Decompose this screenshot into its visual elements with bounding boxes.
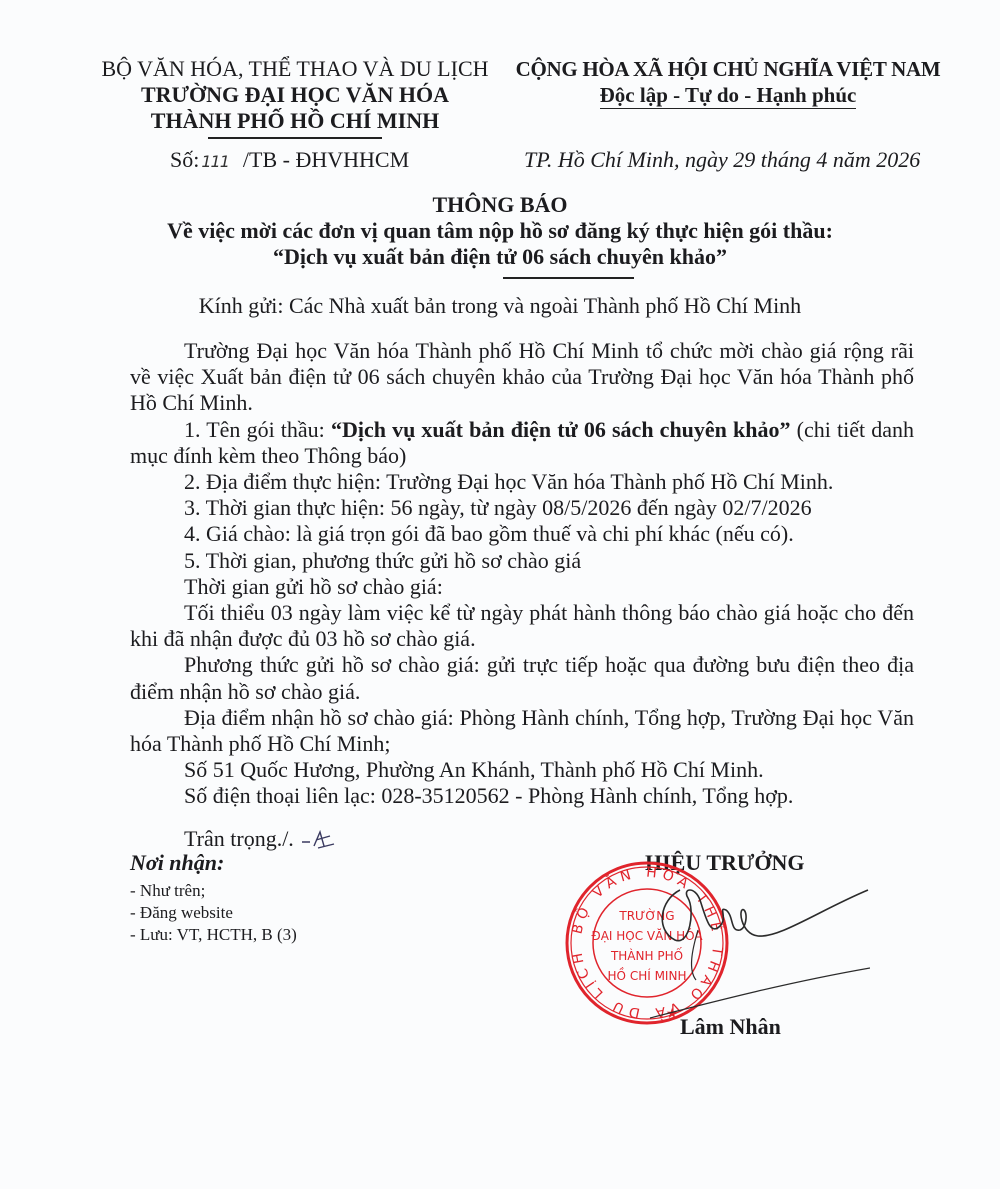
item-submission: 5. Thời gian, phương thức gửi hồ sơ chào…: [130, 548, 914, 574]
item-duration: 3. Thời gian thực hiện: 56 ngày, từ ngày…: [130, 495, 914, 521]
recipients-list: - Như trên; - Đăng website - Lưu: VT, HC…: [130, 880, 297, 946]
nation-name: CỘNG HÒA XÃ HỘI CHỦ NGHĨA VIỆT NAM: [498, 56, 958, 82]
notice-subtitle-line2: “Dịch vụ xuất bản điện tử 06 sách chuyên…: [0, 244, 1000, 270]
send-method: Phương thức gửi hồ sơ chào giá: gửi trực…: [130, 652, 914, 704]
national-motto: Độc lập - Tự do - Hạnh phúc: [600, 82, 857, 109]
send-time-label: Thời gian gửi hồ sơ chào giá:: [130, 574, 914, 600]
recipient-item: - Đăng website: [130, 902, 297, 924]
item-price: 4. Giá chào: là giá trọn gói đã bao gồm …: [130, 521, 914, 547]
doc-number-label: Số:: [170, 147, 199, 172]
notice-subtitle-line1: Về việc mời các đơn vị quan tâm nộp hồ s…: [0, 218, 1000, 244]
document-number: Số:111/TB - ĐHVHHCM: [170, 147, 409, 173]
university-name-line2: THÀNH PHỐ HỒ CHÍ MINH: [95, 108, 495, 134]
item1-prefix: 1. Tên gói thầu:: [184, 417, 331, 442]
intro-paragraph: Trường Đại học Văn hóa Thành phố Hồ Chí …: [130, 338, 914, 417]
issuing-authority: BỘ VĂN HÓA, THỂ THAO VÀ DU LỊCH TRƯỜNG Đ…: [95, 56, 495, 139]
receive-place: Địa điểm nhận hồ sơ chào giá: Phòng Hành…: [130, 705, 914, 757]
item-location: 2. Địa điểm thực hiện: Trường Đại học Vă…: [130, 469, 914, 495]
recipient-item: - Lưu: VT, HCTH, B (3): [130, 924, 297, 946]
university-name-line1: TRƯỜNG ĐẠI HỌC VĂN HÓA: [95, 82, 495, 108]
ministry-name: BỘ VĂN HÓA, THỂ THAO VÀ DU LỊCH: [95, 56, 495, 82]
send-time-text: Tối thiểu 03 ngày làm việc kể từ ngày ph…: [130, 600, 914, 652]
initials-mark: [300, 826, 340, 852]
doc-number-handwritten: 111: [201, 152, 229, 171]
address: Số 51 Quốc Hương, Phường An Khánh, Thành…: [130, 757, 914, 783]
closing: Trân trọng./.: [184, 826, 294, 852]
signer-name: Lâm Nhân: [680, 1014, 781, 1040]
handwritten-signature: [640, 870, 870, 1030]
greeting: Kính gửi: Các Nhà xuất bản trong và ngoà…: [0, 293, 1000, 319]
header-left-divider: [208, 137, 382, 139]
notice-subtitle: Về việc mời các đơn vị quan tâm nộp hồ s…: [0, 218, 1000, 270]
place-date: TP. Hồ Chí Minh, ngày 29 tháng 4 năm 202…: [524, 147, 920, 173]
doc-number-suffix: /TB - ĐHVHHCM: [243, 147, 409, 172]
notice-title: THÔNG BÁO: [0, 191, 1000, 218]
notice-body: Trường Đại học Văn hóa Thành phố Hồ Chí …: [130, 338, 914, 810]
national-header: CỘNG HÒA XÃ HỘI CHỦ NGHĨA VIỆT NAM Độc l…: [498, 56, 958, 109]
recipient-item: - Như trên;: [130, 880, 297, 902]
package-name: “Dịch vụ xuất bản điện tử 06 sách chuyên…: [331, 417, 791, 442]
phone: Số điện thoại liên lạc: 028-35120562 - P…: [130, 783, 914, 809]
recipients-title: Nơi nhận:: [130, 850, 224, 876]
title-divider: [503, 277, 634, 279]
item-package-name: 1. Tên gói thầu: “Dịch vụ xuất bản điện …: [130, 417, 914, 469]
